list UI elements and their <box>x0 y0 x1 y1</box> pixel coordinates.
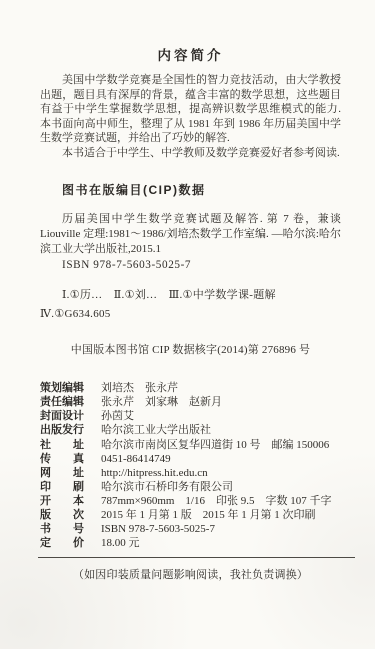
content-summary-paragraph-2: 本书适合于中学生、中学教师及数学竞赛爱好者参考阅读. <box>40 146 341 161</box>
content-summary-title: 内容简介 <box>40 44 341 64</box>
copyright-page: 内容简介 美国中学数学竞赛是全国性的智力竞技活动，由大学教授出题，题目具有深厚的… <box>0 0 375 649</box>
colophon-row-fax: 传 真 0451-86414749 <box>40 452 341 466</box>
cip-classification-line-2: Ⅳ.①G634.605 <box>40 307 341 320</box>
colophon-row-value: 哈尔滨市石桥印务有限公司 <box>101 480 341 494</box>
colophon-row-value: 张永芹 刘家琳 赵新月 <box>101 395 341 409</box>
colophon-row-publisher: 出版发行 哈尔滨工业大学出版社 <box>40 423 341 437</box>
cip-description: 历届美国中学生数学竞赛试题及解答. 第 7 卷，兼谈 Liouville 定理:… <box>40 212 341 258</box>
colophon-row-label: 网 址 <box>40 466 86 480</box>
colophon-row-label: 传 真 <box>40 452 86 466</box>
colophon-row-printer: 印 刷 哈尔滨市石桥印务有限公司 <box>40 480 341 494</box>
colophon-row-label: 封面设计 <box>40 409 86 423</box>
colophon-row-value: 0451-86414749 <box>101 452 341 466</box>
content-summary-paragraph-1: 美国中学数学竞赛是全国性的智力竞技活动，由大学教授出题，题目具有深厚的背景，蕴含… <box>40 73 341 146</box>
colophon-row-label: 定 价 <box>40 536 86 550</box>
colophon-row-label: 策划编辑 <box>40 381 86 395</box>
colophon-row-label: 版 次 <box>40 508 86 522</box>
colophon-row-label: 开 本 <box>40 494 86 508</box>
colophon-row-value: 刘培杰 张永芹 <box>101 381 341 395</box>
colophon-row-label: 社 址 <box>40 438 86 452</box>
colophon-row-label: 责任编辑 <box>40 395 86 409</box>
colophon-row-value: 哈尔滨工业大学出版社 <box>101 423 341 437</box>
colophon-row-format: 开 本 787mm×960mm 1/16 印张 9.5 字数 107 千字 <box>40 494 341 508</box>
print-quality-note: （如因印装质量问题影响阅读，我社负责调换） <box>40 566 341 582</box>
colophon-section: 策划编辑 刘培杰 张永芹 责任编辑 张永芹 刘家琳 赵新月 封面设计 孙茵艾 出… <box>40 381 341 550</box>
cip-classification-line-1: Ⅰ.①历… Ⅱ.①刘… Ⅲ.①中学数学课-题解 <box>62 286 341 302</box>
colophon-row-book-number: 书 号 ISBN 978-7-5603-5025-7 <box>40 522 341 536</box>
divider-rule <box>38 557 355 558</box>
cip-section: 图书在版编目(CIP)数据 历届美国中学生数学竞赛试题及解答. 第 7 卷，兼谈… <box>40 181 341 358</box>
colophon-row-label: 书 号 <box>40 522 86 536</box>
colophon-row-planning-editor: 策划编辑 刘培杰 张永芹 <box>40 381 341 395</box>
colophon-row-value: 哈尔滨市南岗区复华四道街 10 号 邮编 150006 <box>101 438 341 452</box>
colophon-row-address: 社 址 哈尔滨市南岗区复华四道街 10 号 邮编 150006 <box>40 438 341 452</box>
colophon-row-website: 网 址 http://hitpress.hit.edu.cn <box>40 466 341 480</box>
colophon-row-cover-design: 封面设计 孙茵艾 <box>40 409 341 423</box>
colophon-row-value: ISBN 978-7-5603-5025-7 <box>101 522 341 536</box>
colophon-row-value: 787mm×960mm 1/16 印张 9.5 字数 107 千字 <box>101 494 341 508</box>
cip-isbn: ISBN 978-7-5603-5025-7 <box>62 259 341 271</box>
colophon-row-value: http://hitpress.hit.edu.cn <box>101 466 341 480</box>
colophon-row-label: 出版发行 <box>40 423 86 437</box>
colophon-row-value: 孙茵艾 <box>101 409 341 423</box>
colophon-row-label: 印 刷 <box>40 480 86 494</box>
colophon-row-value: 18.00 元 <box>101 536 341 550</box>
cip-heading: 图书在版编目(CIP)数据 <box>62 181 341 198</box>
cip-record-number: 中国版本图书馆 CIP 数据核字(2014)第 276896 号 <box>40 341 341 357</box>
colophon-row-responsible-editor: 责任编辑 张永芹 刘家琳 赵新月 <box>40 395 341 409</box>
content-summary-section: 内容简介 美国中学数学竞赛是全国性的智力竞技活动，由大学教授出题，题目具有深厚的… <box>40 44 341 161</box>
colophon-row-edition: 版 次 2015 年 1 月第 1 版 2015 年 1 月第 1 次印刷 <box>40 508 341 522</box>
colophon-row-price: 定 价 18.00 元 <box>40 536 341 550</box>
colophon-row-value: 2015 年 1 月第 1 版 2015 年 1 月第 1 次印刷 <box>101 508 341 522</box>
